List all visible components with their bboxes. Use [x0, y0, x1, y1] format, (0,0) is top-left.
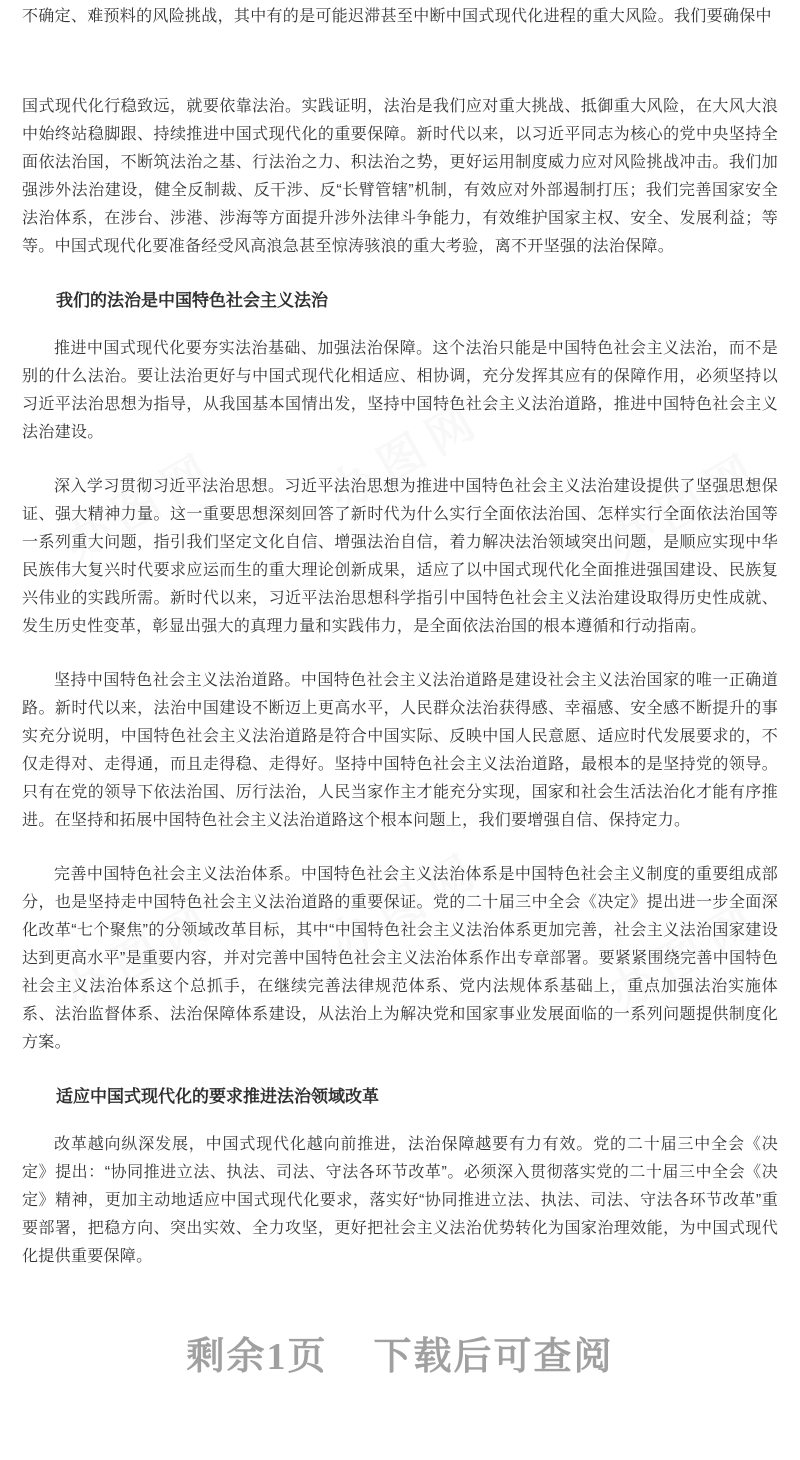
section-heading: 我们的法治是中国特色社会主义法治 — [22, 287, 778, 315]
previous-page-tail-line: 不确定、难预料的风险挑战，其中有的是可能迟滞甚至中断中国式现代化进程的重大风险。… — [22, 3, 778, 31]
download-hint-label: 下载后可查阅 — [374, 1336, 614, 1378]
paragraph: 完善中国特色社会主义法治体系。中国特色社会主义法治体系是中国特色社会主义制度的重… — [22, 861, 778, 1057]
paragraph: 改革越向纵深发展，中国式现代化越向前推进，法治保障越要有力有效。党的二十届三中全… — [22, 1131, 778, 1271]
paragraph: 坚持中国特色社会主义法治道路。中国特色社会主义法治道路是建设社会主义法治国家的唯… — [22, 667, 778, 835]
paragraph: 推进中国式现代化要夯实法治基础、加强法治保障。这个法治只能是中国特色社会主义法治… — [22, 335, 778, 447]
document-page: 不确定、难预料的风险挑战，其中有的是可能迟滞甚至中断中国式现代化进程的重大风险。… — [0, 0, 800, 1377]
preview-footer: 剩余1页下载后可查阅 — [22, 1337, 778, 1377]
paragraph: 深入学习贯彻习近平法治思想。习近平法治思想为推进中国特色社会主义法治建设提供了坚… — [22, 473, 778, 641]
section-heading: 适应中国式现代化的要求推进法治领域改革 — [22, 1083, 778, 1111]
paragraph-continuation: 国式现代化行稳致远，就要依靠法治。实践证明，法治是我们应对重大挑战、抵御重大风险… — [22, 93, 778, 261]
pages-remaining-label: 剩余1页 — [186, 1336, 327, 1378]
